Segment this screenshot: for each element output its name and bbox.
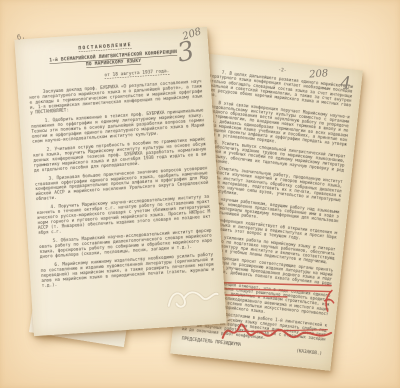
page-one-paragraphs: Заслушав доклад проф. БУБРИХА «О результ… [29, 79, 215, 288]
page-one: ПОСТАНОВЛЕНИЕ 1-й ВСЕМАРИЙСКОЙ ЛИНГВИСТИ… [14, 27, 226, 336]
archive-number-annotation: 208 [309, 68, 329, 80]
stray-pencil-mark: б. [16, 32, 26, 41]
sheet-number-annotation: 4 [340, 74, 351, 94]
red-ink-signature-icon [218, 312, 338, 353]
red-margin-tick-icon [320, 288, 337, 315]
